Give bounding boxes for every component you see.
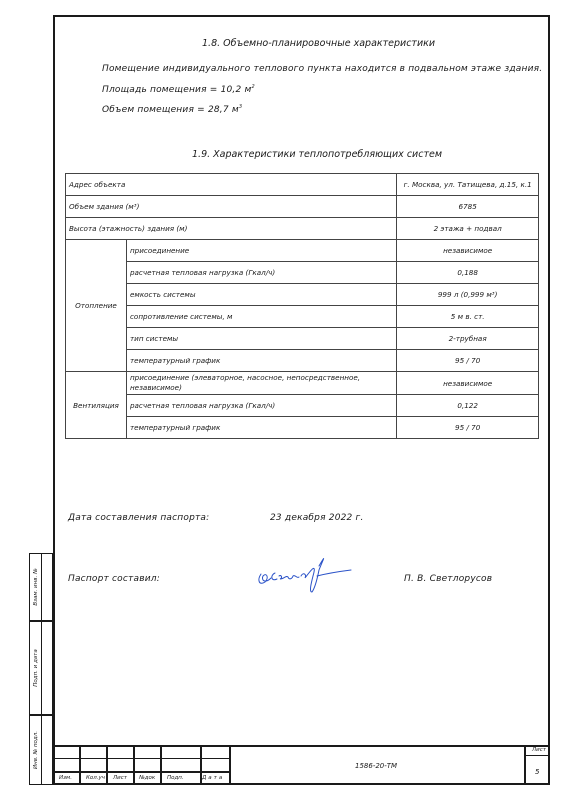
section-1-8-heading: 1.8. Объемно-планировочные характеристик… <box>202 38 435 49</box>
row-label: присоединение <box>126 240 396 262</box>
side-cell-replace-inv: Взам. инв. № <box>29 553 53 621</box>
sheet-number: 5 <box>535 768 539 776</box>
stamp-col-izm: Изм. <box>59 775 72 781</box>
row-label: тип системы <box>126 328 396 350</box>
row-label: сопротивление системы, м <box>126 306 396 328</box>
stamp-col-kol: Кол.уч <box>86 775 105 781</box>
row-value: независимое <box>397 372 539 395</box>
table-row: тип системы2-трубная <box>66 328 539 350</box>
row-value: независимое <box>397 240 539 262</box>
row-label: Адрес объекта <box>66 174 397 196</box>
heat-systems-table: Адрес объектаг. Москва, ул. Татищева, д.… <box>65 173 539 439</box>
document-code: 1586-20-ТМ <box>355 762 397 770</box>
row-value: 5 м в. ст. <box>397 306 539 328</box>
table-row: Высота (этажность) здания (м)2 этажа + п… <box>66 218 539 240</box>
row-label: Объем здания (м³) <box>66 196 397 218</box>
title-block: Изм. Кол.уч Лист №док Подп. Дата 1586-20… <box>53 745 550 785</box>
table-row: емкость системы999 л (0,999 м³) <box>66 284 539 306</box>
row-value: 2 этажа + подвал <box>397 218 539 240</box>
table-row: Отоплениеприсоединениенезависимое <box>66 240 539 262</box>
table-row: Вентиляцияприсоединение (элеваторное, на… <box>66 372 539 395</box>
row-value: 999 л (0,999 м³) <box>397 284 539 306</box>
stamp-col-podp: Подп. <box>167 775 184 781</box>
row-label: расчетная тепловая нагрузка (Гкал/ч) <box>126 395 396 417</box>
row-value: 0,188 <box>397 262 539 284</box>
group-ventilation: Вентиляция <box>66 372 127 439</box>
table-row: расчетная тепловая нагрузка (Гкал/ч)0,12… <box>66 395 539 417</box>
side-cell-inv-orig: Инв. № подл. <box>29 715 53 785</box>
author-label: Паспорт составил: <box>68 574 160 584</box>
room-location-text: Помещение индивидуального теплового пунк… <box>102 64 542 74</box>
row-value: 95 / 70 <box>397 350 539 372</box>
table-row: Объем здания (м³)6785 <box>66 196 539 218</box>
row-value: 6785 <box>397 196 539 218</box>
row-label: температурный график <box>126 417 396 439</box>
date-value: 23 декабря 2022 г. <box>270 513 364 523</box>
stamp-col-data: Дата <box>202 775 224 781</box>
row-value: г. Москва, ул. Татищева, д.15, к.1 <box>397 174 539 196</box>
signature-image <box>255 548 355 600</box>
room-volume: Объем помещения = 28,7 м3 <box>102 104 242 115</box>
row-label: присоединение (элеваторное, насосное, не… <box>126 372 396 395</box>
group-heating: Отопление <box>66 240 127 372</box>
row-value: 2-трубная <box>397 328 539 350</box>
table-row: Адрес объектаг. Москва, ул. Татищева, д.… <box>66 174 539 196</box>
row-label: емкость системы <box>126 284 396 306</box>
side-approval-strip: Взам. инв. № Подп. и дата Инв. № подл. <box>29 553 53 785</box>
room-area: Площадь помещения = 10,2 м2 <box>102 84 255 95</box>
stamp-col-ndoc: №док <box>139 775 155 781</box>
side-cell-sign-date: Подп. и дата <box>29 621 53 715</box>
row-label: расчетная тепловая нагрузка (Гкал/ч) <box>126 262 396 284</box>
table-row: расчетная тепловая нагрузка (Гкал/ч)0,18… <box>66 262 539 284</box>
row-label: температурный график <box>126 350 396 372</box>
author-name: П. В. Светлорусов <box>404 574 492 584</box>
row-value: 0,122 <box>397 395 539 417</box>
stamp-col-list: Лист <box>113 775 127 781</box>
table-row: температурный график95 / 70 <box>66 417 539 439</box>
sheet-label: Лист <box>532 747 546 753</box>
table-row: сопротивление системы, м5 м в. ст. <box>66 306 539 328</box>
row-label: Высота (этажность) здания (м) <box>66 218 397 240</box>
row-value: 95 / 70 <box>397 417 539 439</box>
table-row: температурный график95 / 70 <box>66 350 539 372</box>
date-label: Дата составления паспорта: <box>68 513 209 523</box>
section-1-9-heading: 1.9. Характеристики теплопотребляющих си… <box>192 149 442 160</box>
